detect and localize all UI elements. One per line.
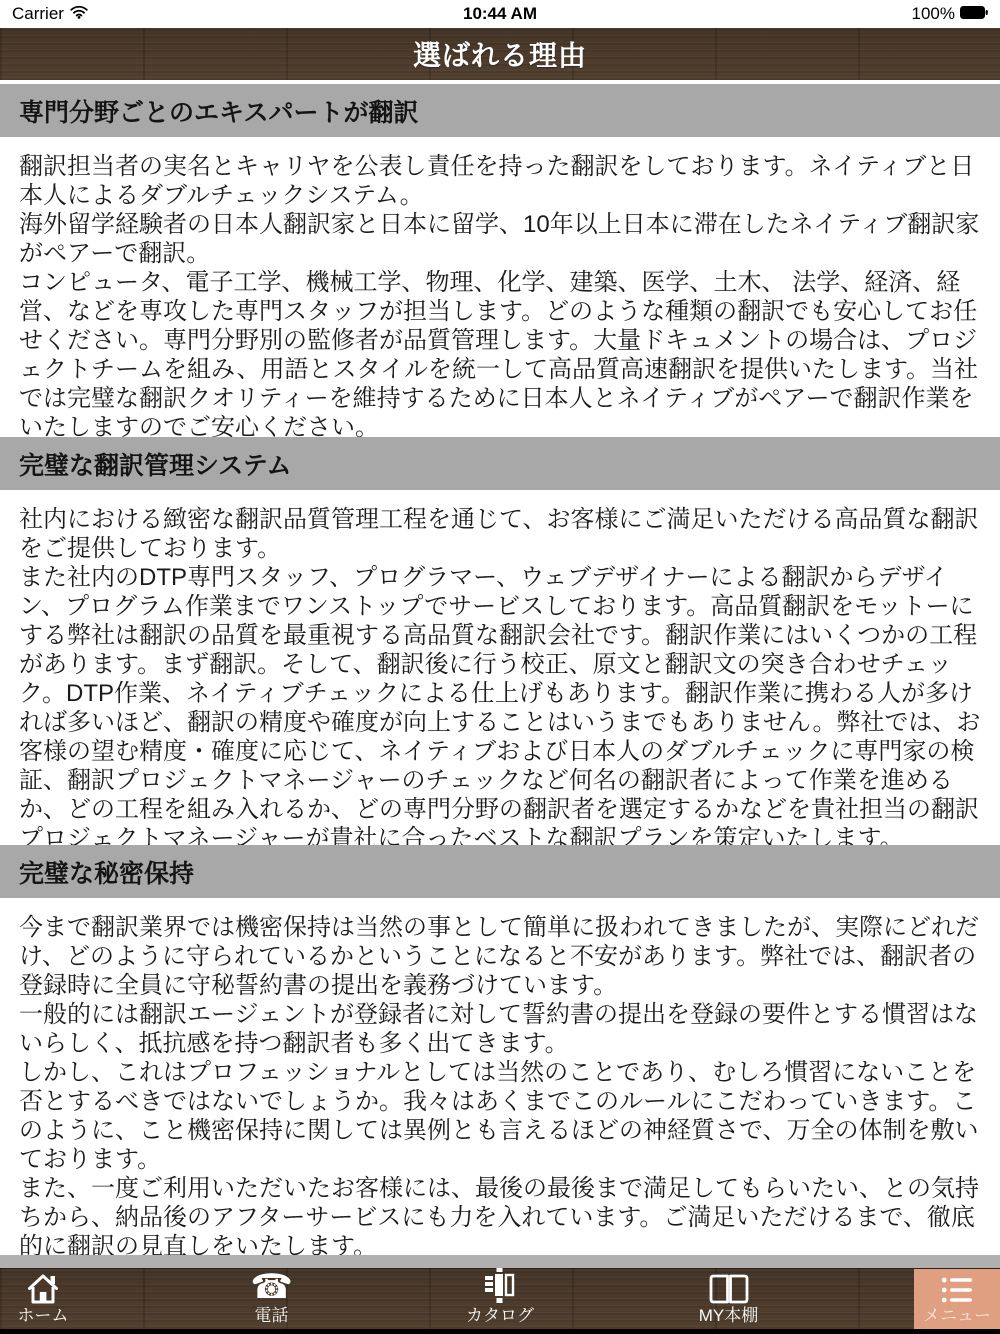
menu-list-icon	[941, 1270, 973, 1304]
app-screen: Carrier 10:44 AM 100% 選ばれる理由	[0, 0, 1000, 1334]
section-heading-label: 専門分野ごとのエキスパートが翻訳	[19, 93, 419, 129]
partial-section-header-strip	[0, 1255, 1000, 1268]
status-bar: Carrier 10:44 AM 100%	[0, 0, 1000, 28]
body-paragraph: 海外留学経験者の日本人翻訳家と日本に留学、10年以上日本に滞在したネイティブ翻訳…	[19, 210, 986, 268]
body-paragraph: 一般的には翻訳エージェントが登録者に対して誓約書の提出を登録の要件とする慣習はな…	[19, 1000, 986, 1058]
status-left: Carrier	[12, 4, 88, 24]
section-heading-label: 完璧な秘密保持	[19, 854, 194, 890]
tab-label: メニュー	[923, 1307, 991, 1324]
section-heading-label: 完璧な翻訳管理システム	[19, 446, 292, 482]
section-body-confidentiality: 今まで翻訳業界では機密保持は当然の事として簡単に扱われてきましたが、実際にどれだ…	[0, 898, 1000, 1268]
tab-menu[interactable]: メニュー	[914, 1269, 1000, 1329]
body-paragraph: 翻訳担当者の実名とキャリヤを公表し責任を持った翻訳をしております。ネイティブと日…	[19, 152, 986, 210]
battery-percent-label: 100%	[912, 4, 955, 24]
tab-label: 電話	[255, 1307, 289, 1324]
open-book-icon	[709, 1270, 749, 1304]
section-header-confidentiality: 完璧な秘密保持	[0, 845, 1000, 898]
battery-icon	[960, 4, 988, 24]
tab-phone[interactable]: ☎ 電話	[229, 1269, 315, 1329]
home-icon	[26, 1270, 60, 1304]
body-paragraph: しかし、これはプロフェッショナルとしては当然のことであり、むしろ慣習にないことを…	[19, 1058, 986, 1174]
body-paragraph: コンピュータ、電子工学、機械工学、物理、化学、建築、医学、土木、 法学、経済、経…	[19, 268, 986, 437]
carrier-label: Carrier	[12, 4, 64, 24]
tab-home[interactable]: ホーム	[0, 1269, 86, 1329]
body-paragraph: 今まで翻訳業界では機密保持は当然の事として簡単に扱われてきましたが、実際にどれだ…	[19, 913, 986, 1000]
page-title: 選ばれる理由	[413, 34, 587, 74]
tab-label: カタログ	[466, 1307, 534, 1324]
status-time: 10:44 AM	[0, 4, 1000, 24]
body-paragraph: また、一度ご利用いただいたお客様には、最後の最後まで満足してもらいたい、との気持…	[19, 1174, 986, 1261]
body-paragraph: 社内における緻密な翻訳品質管理工程を通じて、お客様にご満足いただける高品質な翻訳…	[19, 505, 986, 563]
phone-icon: ☎	[250, 1270, 292, 1304]
tab-bar: ホーム ☎ 電話 カタログ	[0, 1268, 1000, 1329]
tab-catalog[interactable]: カタログ	[457, 1269, 543, 1329]
nav-bar: 選ばれる理由	[0, 28, 1000, 80]
section-body-experts: 翻訳担当者の実名とキャリヤを公表し責任を持った翻訳をしております。ネイティブと日…	[0, 137, 1000, 437]
tab-label: ホーム	[18, 1307, 69, 1324]
catalog-icon	[483, 1270, 517, 1304]
wifi-icon	[70, 4, 88, 24]
bottom-black-strip	[0, 1329, 1000, 1334]
body-paragraph: また社内のDTP専門スタッフ、プログラマー、ウェブデザイナーによる翻訳からデザイ…	[19, 563, 986, 845]
tab-label: MY本棚	[699, 1307, 759, 1324]
status-right: 100%	[912, 4, 988, 24]
content-area[interactable]: 専門分野ごとのエキスパートが翻訳 翻訳担当者の実名とキャリヤを公表し責任を持った…	[0, 80, 1000, 1268]
section-header-management: 完璧な翻訳管理システム	[0, 437, 1000, 490]
section-header-experts: 専門分野ごとのエキスパートが翻訳	[0, 84, 1000, 137]
tab-mybookshelf[interactable]: MY本棚	[686, 1269, 772, 1329]
section-body-management: 社内における緻密な翻訳品質管理工程を通じて、お客様にご満足いただける高品質な翻訳…	[0, 490, 1000, 845]
